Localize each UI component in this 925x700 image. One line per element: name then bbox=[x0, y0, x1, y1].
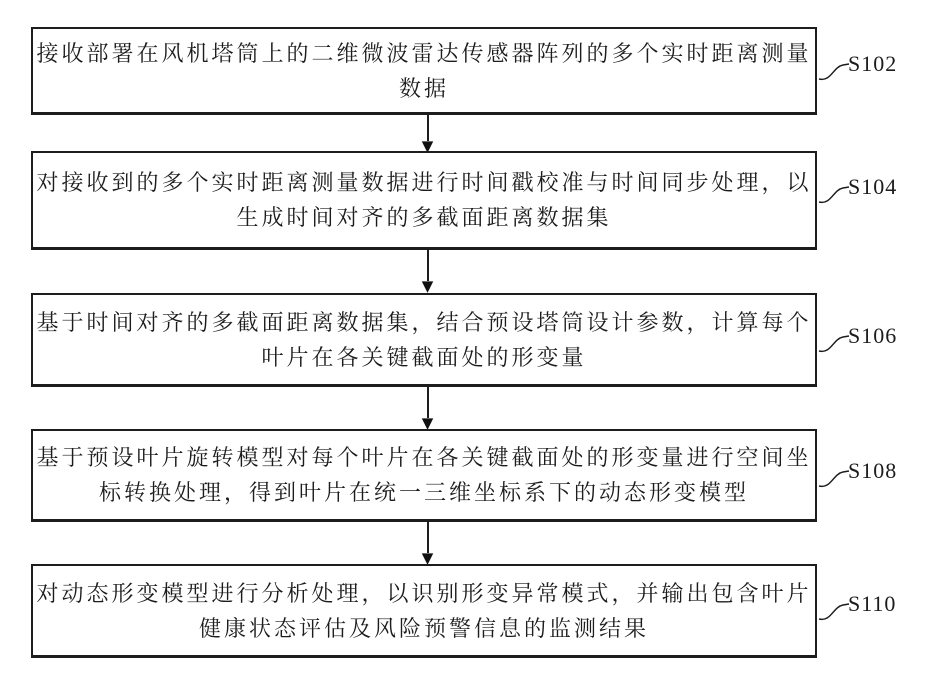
step-label-s108: S108 bbox=[848, 458, 918, 484]
down-arrow-icon: ▼ bbox=[419, 522, 436, 564]
leader-line-s106 bbox=[819, 336, 849, 351]
step-text-line: 基于时间对齐的多截面距离数据集，结合预设塔筒设计参数，计算每个 bbox=[36, 305, 811, 340]
step-box-s110: 对动态形变模型进行分析处理，以识别形变异常模式，并输出包含叶片 健康状态评估及风… bbox=[31, 564, 817, 658]
leader-line-s102 bbox=[819, 64, 849, 79]
step-text-line: 健康状态评估及风险预警信息的监测结果 bbox=[199, 611, 649, 646]
patent-flowchart: 接收部署在风机塔筒上的二维微波雷达传感器阵列的多个实时距离测量 数据 ▼ 对接收… bbox=[0, 0, 925, 700]
step-box-s108: 基于预设叶片旋转模型对每个叶片在各关键截面处的形变量进行空间坐 标转换处理，得到… bbox=[31, 429, 817, 522]
down-arrow-icon: ▼ bbox=[419, 250, 436, 292]
step-label-s106: S106 bbox=[848, 323, 918, 349]
step-text-line: 基于预设叶片旋转模型对每个叶片在各关键截面处的形变量进行空间坐 bbox=[36, 440, 811, 475]
arrow-head-icon: ▼ bbox=[422, 280, 434, 292]
step-label-s102: S102 bbox=[848, 51, 918, 77]
step-box-s102: 接收部署在风机塔筒上的二维微波雷达传感器阵列的多个实时距离测量 数据 bbox=[31, 27, 817, 115]
step-text-line: 接收部署在风机塔筒上的二维微波雷达传感器阵列的多个实时距离测量 bbox=[36, 36, 811, 71]
step-label-s110: S110 bbox=[848, 591, 918, 617]
step-text-line: 数据 bbox=[399, 71, 449, 106]
step-box-s104: 对接收到的多个实时距离测量数据进行时间戳校准与时间同步处理，以 生成时间对齐的多… bbox=[31, 151, 817, 250]
leader-line-s108 bbox=[819, 471, 849, 486]
step-box-s106: 基于时间对齐的多截面距离数据集，结合预设塔筒设计参数，计算每个 叶片在各关键截面… bbox=[31, 293, 817, 387]
arrow-head-icon: ▼ bbox=[422, 417, 434, 429]
step-text-line: 叶片在各关键截面处的形变量 bbox=[261, 340, 586, 375]
down-arrow-icon: ▼ bbox=[419, 387, 436, 429]
step-text-line: 对接收到的多个实时距离测量数据进行时间戳校准与时间同步处理，以 bbox=[36, 165, 811, 200]
leader-line-s110 bbox=[819, 604, 849, 619]
arrow-head-icon: ▼ bbox=[422, 552, 434, 564]
leader-line-s104 bbox=[819, 187, 849, 202]
step-text-line: 标转换处理，得到叶片在统一三维坐标系下的动态形变模型 bbox=[99, 475, 749, 510]
step-text-line: 生成时间对齐的多截面距离数据集 bbox=[236, 200, 611, 235]
step-label-s104: S104 bbox=[848, 174, 918, 200]
step-text-line: 对动态形变模型进行分析处理，以识别形变异常模式，并输出包含叶片 bbox=[36, 576, 811, 611]
down-arrow-icon: ▼ bbox=[419, 115, 436, 152]
